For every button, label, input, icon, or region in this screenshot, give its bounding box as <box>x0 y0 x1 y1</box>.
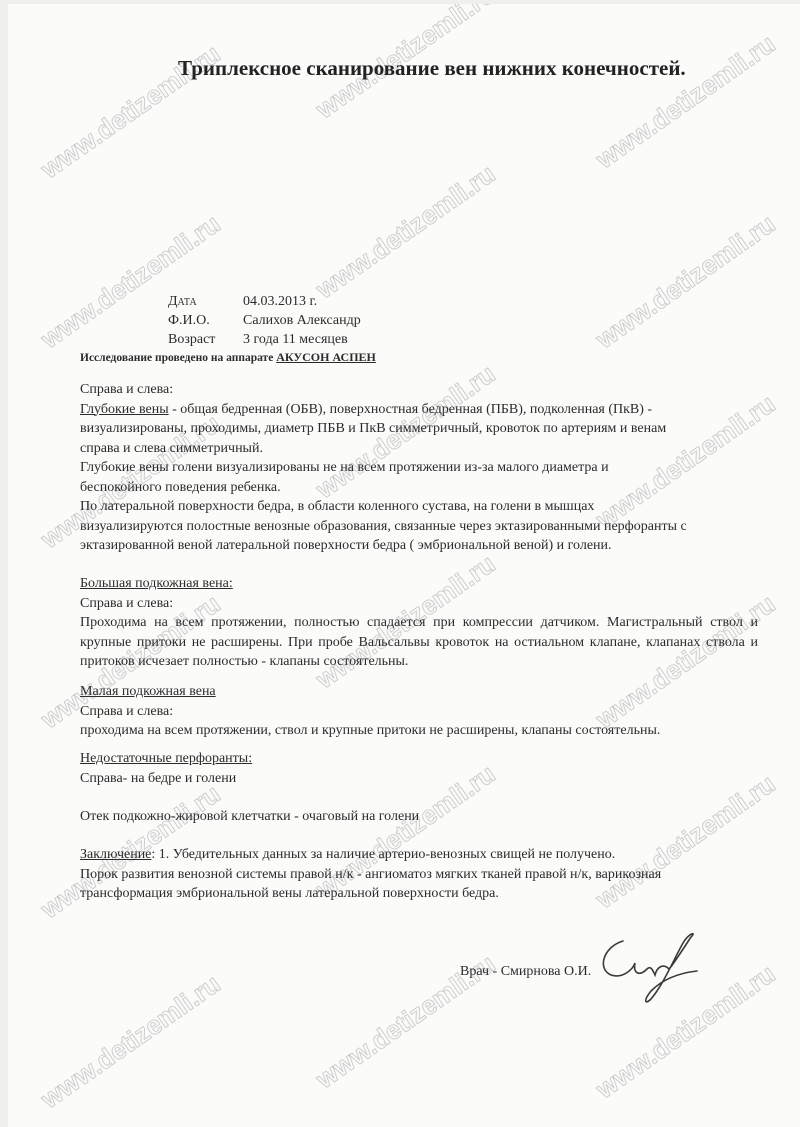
perforators-heading: Недостаточные перфоранты: <box>80 749 760 769</box>
deep-veins-text: эктазированной веной латеральной поверхн… <box>80 536 760 556</box>
age-row: Возраст3 года 11 месяцев <box>168 332 348 348</box>
date-value: 04.03.2013 г. <box>243 294 317 309</box>
deep-veins-text: - общая бедренная (ОБВ), поверхностная б… <box>169 402 652 417</box>
deep-veins-text: По латеральной поверхности бедра, в обла… <box>80 497 760 517</box>
great-saphenous-side: Справа и слева: <box>80 594 760 614</box>
conclusion-text: : 1. Убедительных данных за наличие арте… <box>151 847 615 862</box>
conclusion-text: трансформация эмбриональной вены латерал… <box>80 884 760 904</box>
document-title: Триплексное сканирование вен нижних коне… <box>178 56 686 81</box>
perforators-text: Справа- на бедре и голени <box>80 769 760 789</box>
small-saphenous-heading: Малая подкожная вена <box>80 682 760 702</box>
doctor-name: Врач - Смирнова О.И. <box>460 964 591 980</box>
conclusion-heading: Заключение <box>80 847 151 862</box>
signature-mark <box>593 929 703 1009</box>
deep-veins-text: визуализируются полостные венозные образ… <box>80 517 760 537</box>
small-saphenous-section: Малая подкожная вена Справа и слева: про… <box>80 682 760 741</box>
deep-veins-section: Справа и слева: Глубокие вены - общая бе… <box>80 380 760 556</box>
deep-veins-side: Справа и слева: <box>80 380 760 400</box>
great-saphenous-text: Проходима на всем протяжении, полностью … <box>80 613 758 672</box>
edema-line: Отек подкожно-жировой клетчатки - очагов… <box>80 807 760 827</box>
small-saphenous-text: проходима на всем протяжении, ствол и кр… <box>80 721 760 741</box>
perforators-section: Недостаточные перфоранты: Справа- на бед… <box>80 749 760 788</box>
document-page: www.detizemli.ruwww.detizemli.ruwww.deti… <box>8 4 800 1127</box>
small-saphenous-side: Справа и слева: <box>80 702 760 722</box>
deep-veins-heading: Глубокие вены <box>80 402 169 417</box>
deep-veins-text: Глубокие вены голени визуализированы не … <box>80 458 760 478</box>
name-row: Ф.И.О.Салихов Александр <box>168 313 361 329</box>
great-saphenous-section: Большая подкожная вена: Справа и слева: … <box>80 574 760 672</box>
watermark-text: www.detizemli.ru <box>310 158 501 305</box>
age-label: Возраст <box>168 332 243 348</box>
device-line: Исследование проведено на аппарате АКУСО… <box>80 350 376 365</box>
date-row: Дата04.03.2013 г. <box>168 294 317 310</box>
deep-veins-text: визуализированы, проходимы, диаметр ПБВ … <box>80 419 760 439</box>
conclusion-section: Заключение: 1. Убедительных данных за на… <box>80 845 760 904</box>
device-name: АКУСОН АСПЕН <box>276 350 376 364</box>
age-value: 3 года 11 месяцев <box>243 332 348 347</box>
deep-veins-text: справа и слева симметричный. <box>80 439 760 459</box>
name-label: Ф.И.О. <box>168 313 243 329</box>
watermark-text: www.detizemli.ru <box>35 968 226 1115</box>
watermark-text: www.detizemli.ru <box>590 208 781 355</box>
name-value: Салихов Александр <box>243 313 361 328</box>
deep-veins-text: беспокойного поведения ребенка. <box>80 478 760 498</box>
conclusion-text: Порок развития венозной системы правой н… <box>80 865 760 885</box>
device-prefix: Исследование проведено на аппарате <box>80 352 276 364</box>
watermark-text: www.detizemli.ru <box>590 28 781 175</box>
great-saphenous-heading: Большая подкожная вена: <box>80 574 760 594</box>
date-label: Дата <box>168 294 243 310</box>
